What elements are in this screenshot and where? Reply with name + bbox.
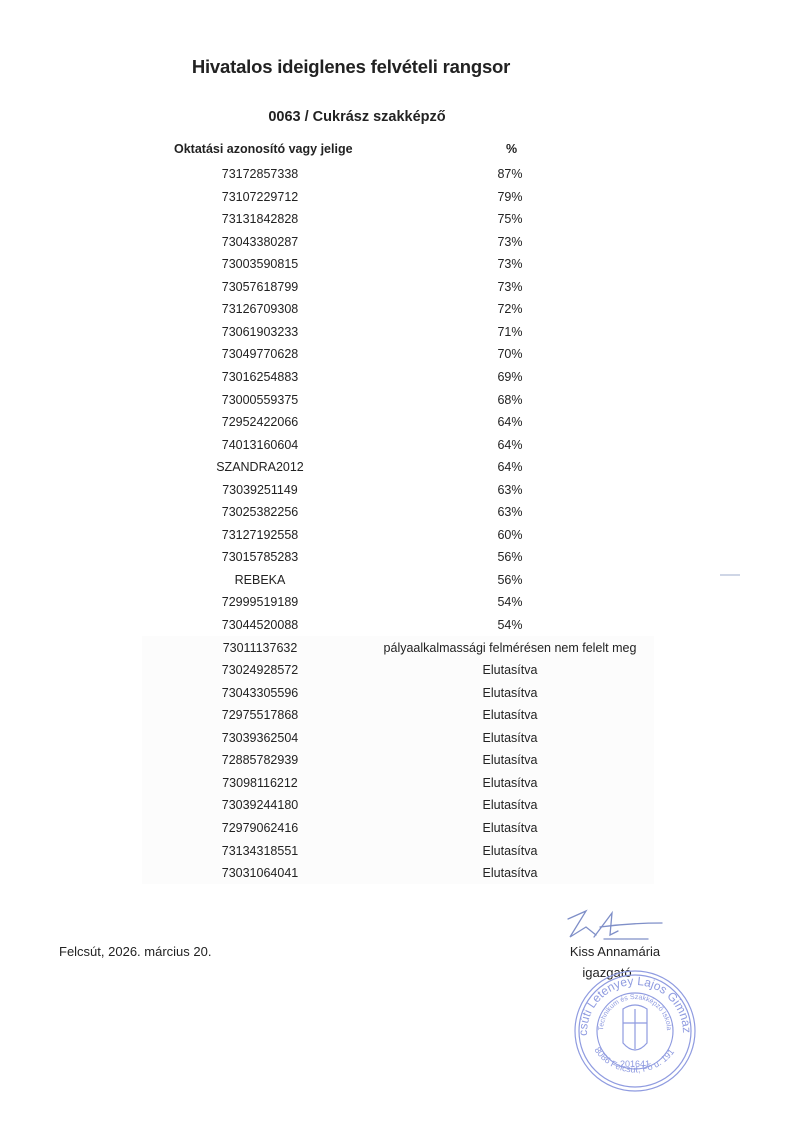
applicant-result: Elutasítva (370, 731, 650, 745)
applicant-id: 73039251149 (160, 483, 360, 497)
applicant-id: 73127192558 (160, 528, 360, 542)
table-row: 7303925114963% (0, 483, 804, 505)
applicant-id: 73024928572 (160, 663, 360, 677)
applicant-id: 73049770628 (160, 347, 360, 361)
applicant-id: 73107229712 (160, 190, 360, 204)
applicant-result: 56% (370, 550, 650, 564)
applicant-result: 75% (370, 212, 650, 226)
table-row: 7304338028773% (0, 235, 804, 257)
applicant-id: 73031064041 (160, 866, 360, 880)
applicant-id: 73011137632 (160, 641, 360, 655)
official-stamp-icon: Felcsúti Letenyey Lajos Gimnázium Techni… (565, 965, 705, 1095)
table-row: 72885782939Elutasítva (0, 753, 804, 775)
table-row: REBEKA56% (0, 573, 804, 595)
table-row: 7301625488369% (0, 370, 804, 392)
applicant-id: 73015785283 (160, 550, 360, 564)
applicant-result: 87% (370, 167, 650, 181)
document-title-text: Hivatalos ideiglenes felvételi rangsor (192, 56, 510, 77)
applicant-result: 64% (370, 460, 650, 474)
applicant-result: 73% (370, 280, 650, 294)
table-row: 7301578528356% (0, 550, 804, 572)
table-row: 73039362504Elutasítva (0, 731, 804, 753)
table-row: 72979062416Elutasítva (0, 821, 804, 843)
column-header-id: Oktatási azonosító vagy jelige (174, 142, 353, 156)
applicant-id: SZANDRA2012 (160, 460, 360, 474)
program-title: 0063 / Cukrász szakképző (0, 109, 804, 125)
applicant-id: 72952422066 (160, 415, 360, 429)
table-row: 7302538225663% (0, 505, 804, 527)
applicant-id: 72885782939 (160, 753, 360, 767)
applicant-result: Elutasítva (370, 866, 650, 880)
applicant-result: pályaalkalmassági felmérésen nem felelt … (370, 641, 650, 655)
applicant-result: Elutasítva (370, 708, 650, 722)
table-row: 7306190323371% (0, 325, 804, 347)
applicant-id: 72975517868 (160, 708, 360, 722)
table-row: 73011137632pályaalkalmassági felmérésen … (0, 641, 804, 663)
applicant-result: Elutasítva (370, 686, 650, 700)
table-row: 7317285733887% (0, 167, 804, 189)
table-row: 7295242206664% (0, 415, 804, 437)
table-row: 73098116212Elutasítva (0, 776, 804, 798)
applicant-id: 72979062416 (160, 821, 360, 835)
applicant-id: 73043305596 (160, 686, 360, 700)
applicant-result: 64% (370, 438, 650, 452)
applicant-id: 74013160604 (160, 438, 360, 452)
applicant-id: 73134318551 (160, 844, 360, 858)
applicant-result: Elutasítva (370, 798, 650, 812)
table-row: 7304977062870% (0, 347, 804, 369)
applicant-result: Elutasítva (370, 821, 650, 835)
applicant-result: Elutasítva (370, 663, 650, 677)
applicant-id: 73025382256 (160, 505, 360, 519)
table-row: 7305761879973% (0, 280, 804, 302)
applicant-id: 73057618799 (160, 280, 360, 294)
applicant-result: 54% (370, 595, 650, 609)
table-row: 72975517868Elutasítva (0, 708, 804, 730)
document-title: Hivatalos ideiglenes felvételi rangsor (0, 56, 804, 78)
table-row: 7312670930872% (0, 302, 804, 324)
applicant-result: 63% (370, 483, 650, 497)
applicant-id: 73043380287 (160, 235, 360, 249)
table-row: 73043305596Elutasítva (0, 686, 804, 708)
table-row: 73134318551Elutasítva (0, 844, 804, 866)
applicant-id: 73172857338 (160, 167, 360, 181)
applicant-id: REBEKA (160, 573, 360, 587)
applicant-result: 63% (370, 505, 650, 519)
applicant-result: 60% (370, 528, 650, 542)
applicant-id: 73016254883 (160, 370, 360, 384)
program-title-text: 0063 / Cukrász szakképző (268, 109, 445, 125)
applicant-result: 68% (370, 393, 650, 407)
applicant-result: Elutasítva (370, 753, 650, 767)
applicant-result: 73% (370, 235, 650, 249)
applicant-id: 73131842828 (160, 212, 360, 226)
applicant-result: 64% (370, 415, 650, 429)
table-row: 7312719255860% (0, 528, 804, 550)
applicant-id: 73039362504 (160, 731, 360, 745)
table-row: 7310722971279% (0, 190, 804, 212)
signer-name: Kiss Annamária (555, 944, 675, 959)
applicant-id: 73061903233 (160, 325, 360, 339)
place-date: Felcsút, 2026. március 20. (59, 944, 211, 959)
applicant-result: Elutasítva (370, 776, 650, 790)
table-row: 7300359081573% (0, 257, 804, 279)
applicant-id: 73000559375 (160, 393, 360, 407)
table-row: 73031064041Elutasítva (0, 866, 804, 888)
signature-icon (560, 905, 670, 945)
table-row: 7304452008854% (0, 618, 804, 640)
applicant-id: 72999519189 (160, 595, 360, 609)
table-row: 73039244180Elutasítva (0, 798, 804, 820)
applicant-result: 71% (370, 325, 650, 339)
applicant-id: 73003590815 (160, 257, 360, 271)
applicant-result: 54% (370, 618, 650, 632)
applicant-id: 73039244180 (160, 798, 360, 812)
table-row: SZANDRA201264% (0, 460, 804, 482)
applicant-result: 72% (370, 302, 650, 316)
table-row: 7313184282875% (0, 212, 804, 234)
applicant-result: 70% (370, 347, 650, 361)
table-row: 7401316060464% (0, 438, 804, 460)
applicant-result: Elutasítva (370, 844, 650, 858)
applicant-id: 73098116212 (160, 776, 360, 790)
applicant-result: 79% (370, 190, 650, 204)
applicant-result: 73% (370, 257, 650, 271)
table-row: 7300055937568% (0, 393, 804, 415)
table-row: 7299951918954% (0, 595, 804, 617)
applicant-result: 69% (370, 370, 650, 384)
applicant-result: 56% (370, 573, 650, 587)
column-header-percent: % (506, 142, 517, 156)
applicant-id: 73044520088 (160, 618, 360, 632)
scan-edge-mark (720, 574, 740, 576)
applicant-id: 73126709308 (160, 302, 360, 316)
table-row: 73024928572Elutasítva (0, 663, 804, 685)
